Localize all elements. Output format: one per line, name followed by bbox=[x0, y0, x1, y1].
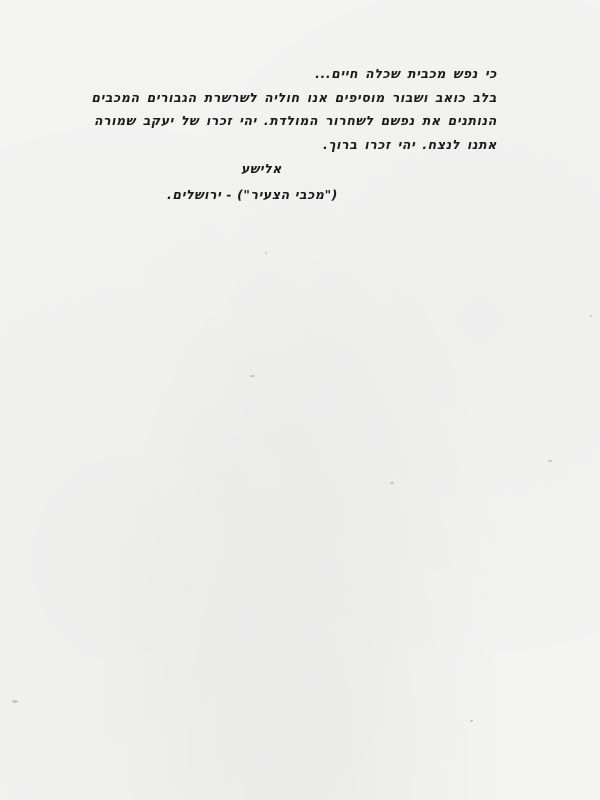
text-line: אתנו לנצח. יהי זכרו ברוך. bbox=[91, 133, 497, 157]
paper-speck bbox=[548, 460, 552, 462]
signature-organization: ("מכבי הצעיר") - ירושלים. bbox=[167, 187, 338, 202]
paper-speck bbox=[12, 700, 18, 703]
paper-speck bbox=[265, 252, 267, 254]
paper-speck bbox=[250, 375, 255, 377]
memorial-text: כי נפש מכבית שכלה חיים... בלב כואב ושבור… bbox=[91, 62, 497, 156]
paper-speck bbox=[590, 315, 592, 317]
paper-speck bbox=[390, 482, 394, 484]
text-line: בלב כואב ושבור מוסיפים אנו חוליה לשרשרת … bbox=[91, 86, 497, 110]
paper-speck bbox=[470, 720, 473, 722]
text-line: הנותנים את נפשם לשחרור המולדת. יהי זכרו … bbox=[91, 109, 497, 133]
text-line: כי נפש מכבית שכלה חיים... bbox=[91, 62, 497, 86]
signature-name: אלישע bbox=[241, 161, 282, 176]
